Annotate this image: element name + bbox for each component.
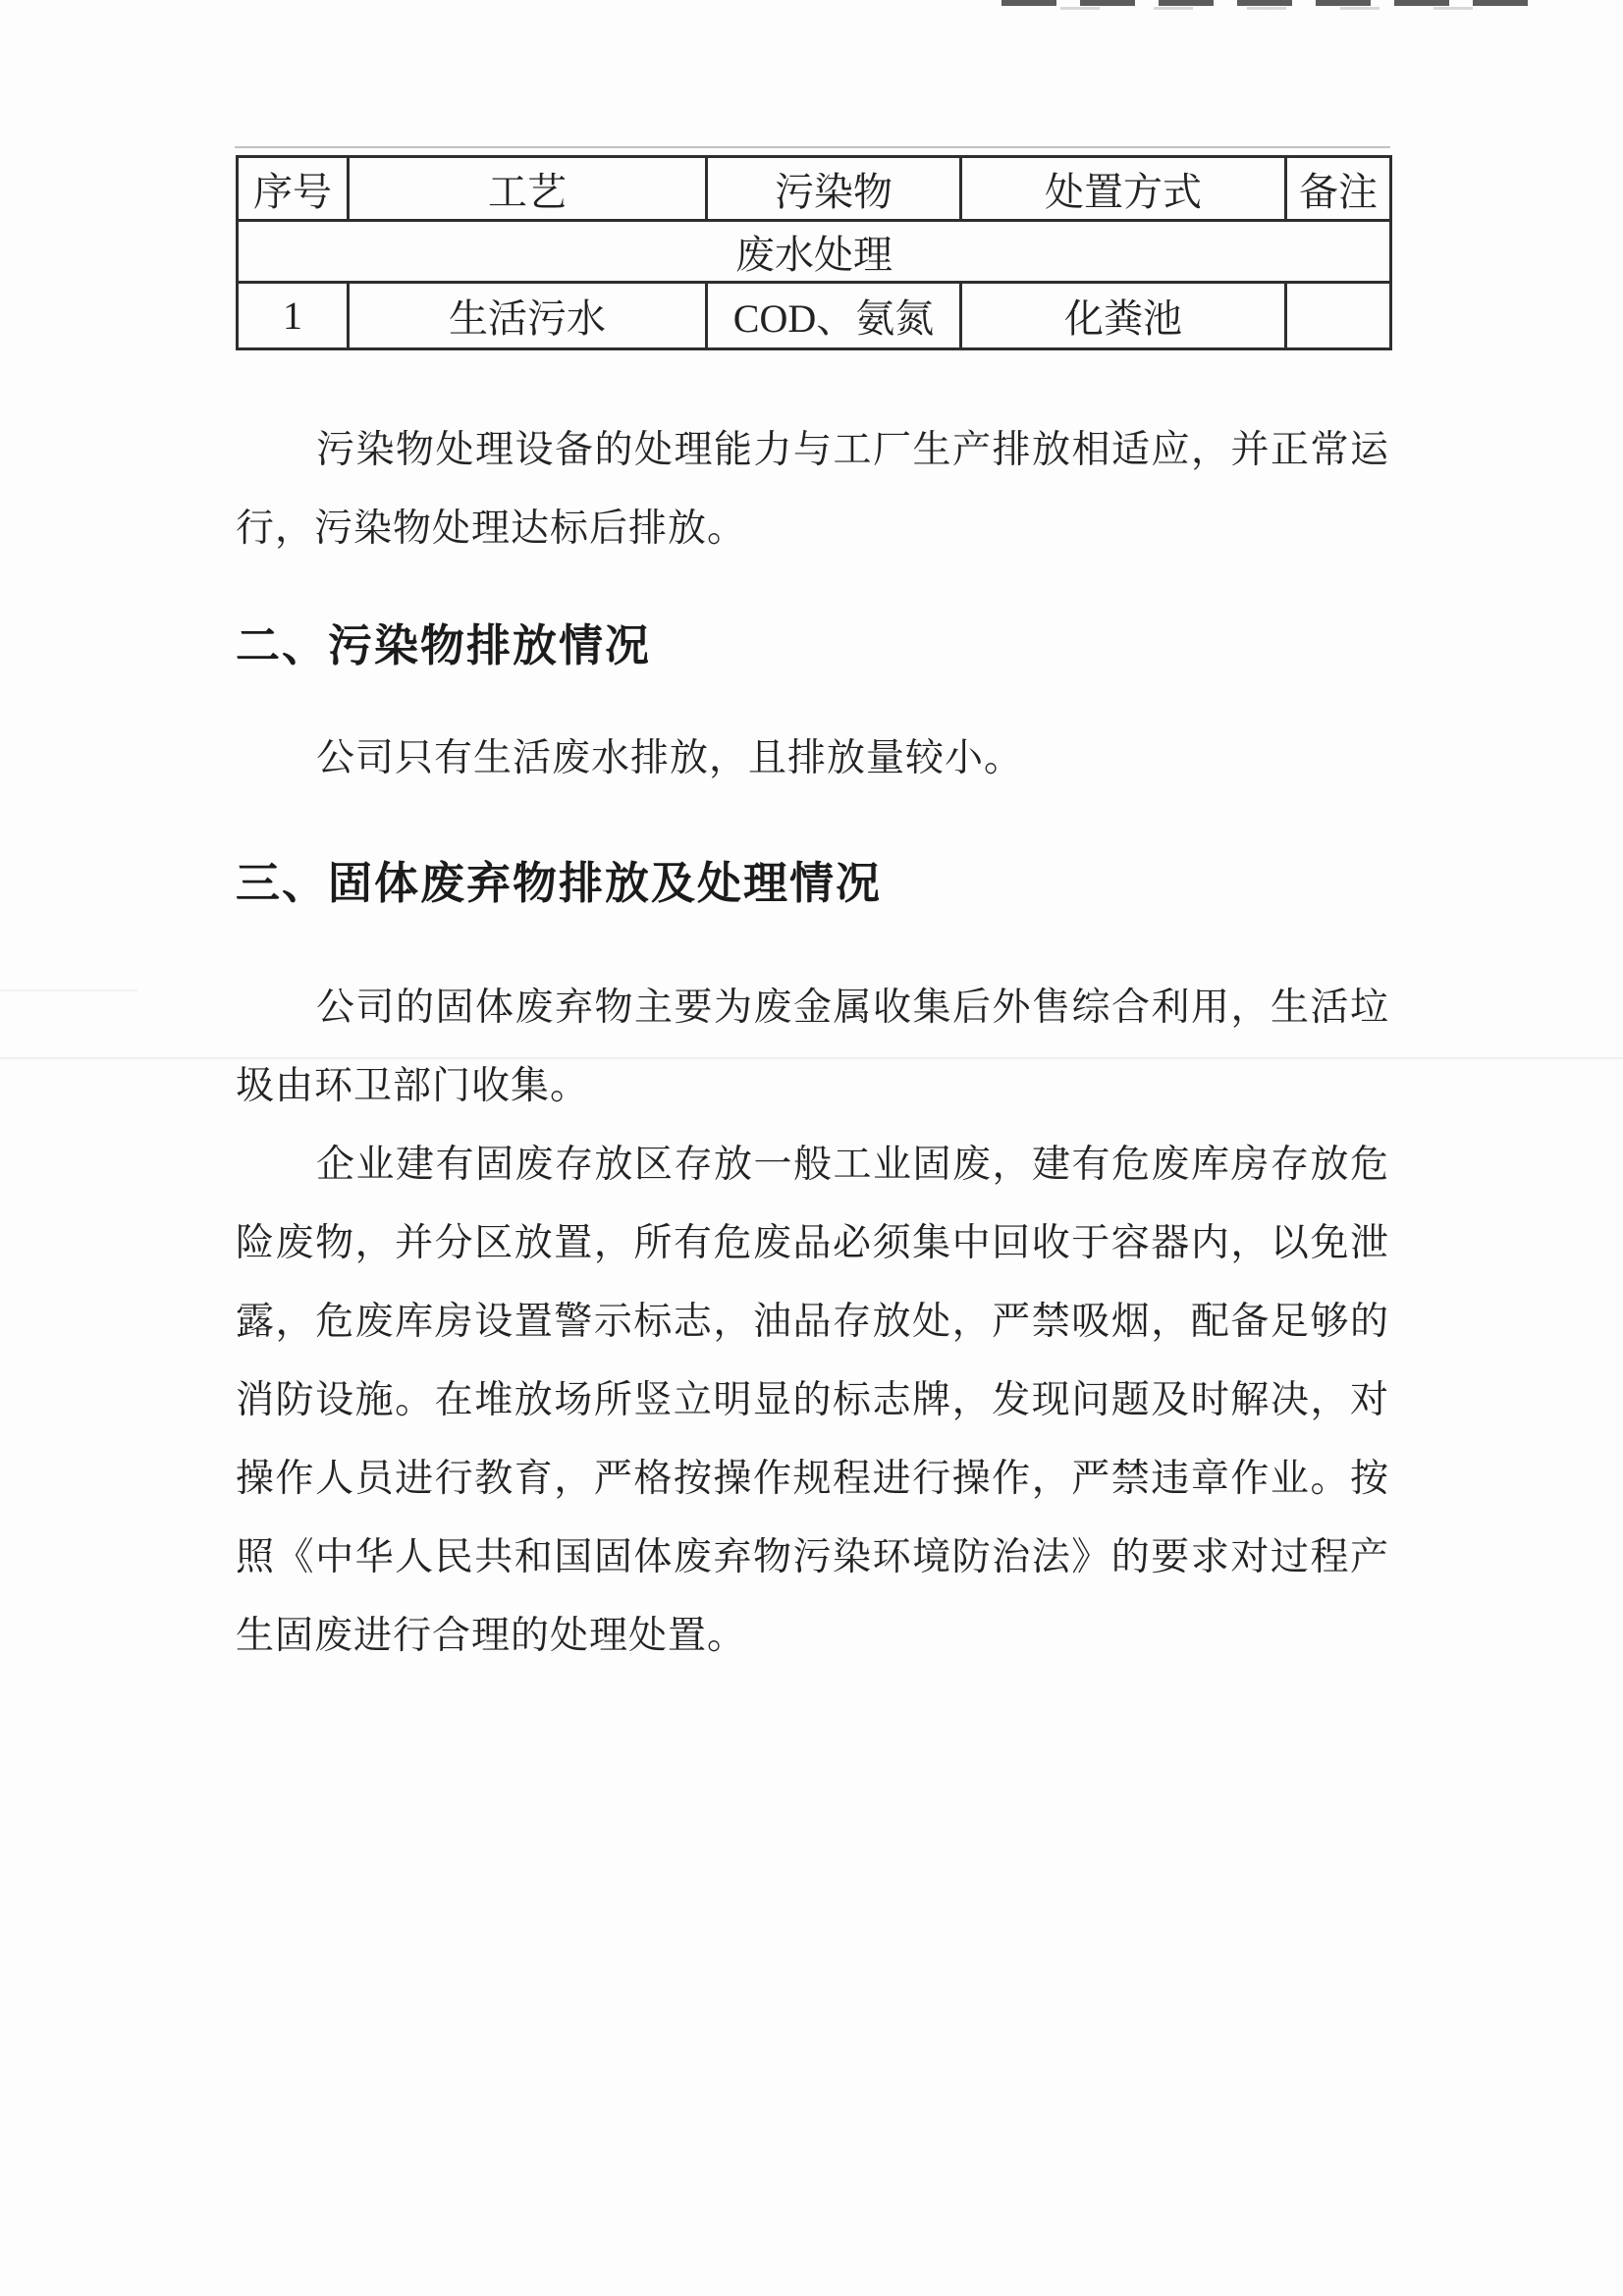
paragraph-wastewater-only: 公司只有生活废水排放，且排放量较小。 (236, 720, 1389, 798)
table-header-remark: 备注 (1286, 157, 1391, 221)
table-header-row: 序号 工艺 污染物 处置方式 备注 (238, 157, 1391, 221)
scan-fold-line-left (0, 989, 137, 991)
table-top-ghost-line (235, 146, 1390, 148)
document-content: 序号 工艺 污染物 处置方式 备注 废水处理 1 生活污水 COD、氨氮 化粪池 (236, 155, 1389, 1676)
cell-remark (1286, 283, 1391, 349)
wastewater-treatment-table: 序号 工艺 污染物 处置方式 备注 废水处理 1 生活污水 COD、氨氮 化粪池 (236, 155, 1392, 350)
table-header-no: 序号 (238, 157, 349, 221)
table-header-disposal: 处置方式 (961, 157, 1286, 221)
paragraph-treatment-capacity: 污染物处理设备的处理能力与工厂生产排放相适应，并正常运行，污染物处理达标后排放。 (236, 411, 1389, 568)
table-section-row: 废水处理 (238, 221, 1391, 283)
section-heading-pollutant-discharge: 二、污染物排放情况 (236, 615, 1389, 676)
cell-pollutants: COD、氨氮 (707, 283, 961, 349)
paragraph-solid-waste-management: 企业建有固废存放区存放一般工业固废，建有危废库房存放危险废物，并分区放置，所有危… (236, 1126, 1389, 1676)
cell-no: 1 (238, 283, 349, 349)
cell-process: 生活污水 (349, 283, 707, 349)
table-row: 1 生活污水 COD、氨氮 化粪池 (238, 283, 1391, 349)
scan-artifact-strip-shadow (1060, 7, 1483, 10)
document-page: 序号 工艺 污染物 处置方式 备注 废水处理 1 生活污水 COD、氨氮 化粪池 (0, 0, 1623, 2296)
paragraph-solid-waste-collection: 公司的固体废弃物主要为废金属收集后外售综合利用，生活垃圾由环卫部门收集。 (236, 969, 1389, 1126)
table-section-cell: 废水处理 (238, 221, 1391, 283)
table-header-pollutants: 污染物 (707, 157, 961, 221)
section-heading-solid-waste: 三、固体废弃物排放及处理情况 (236, 853, 1389, 914)
table-header-process: 工艺 (349, 157, 707, 221)
cell-disposal: 化粪池 (961, 283, 1286, 349)
scan-artifact-strip (1001, 0, 1540, 6)
